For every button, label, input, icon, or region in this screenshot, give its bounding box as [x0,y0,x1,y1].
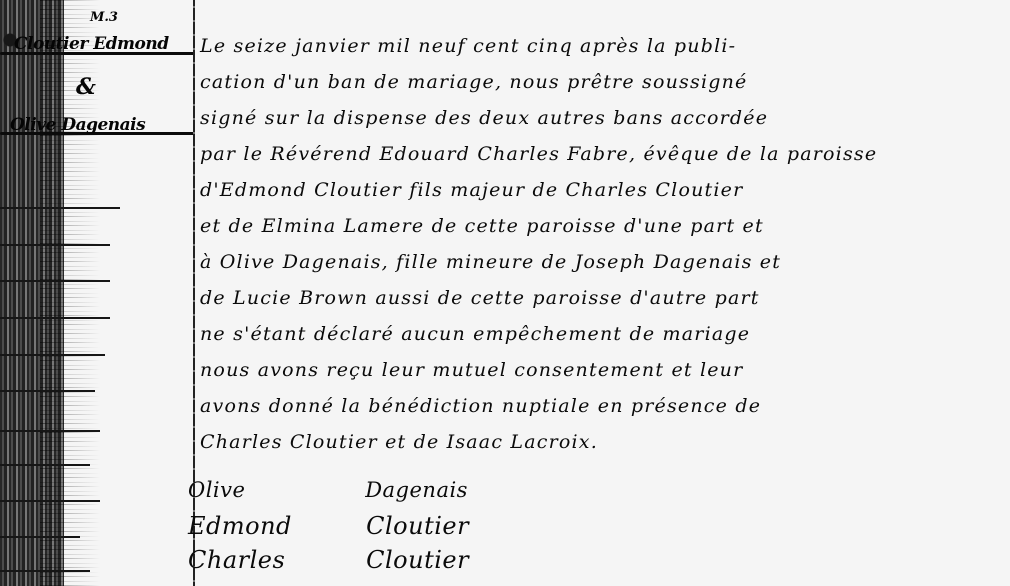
margin-ampersand: & [76,74,96,100]
signature-first-name: Edmond [188,512,358,540]
margin-bride-name: Olive Dagenais [10,115,145,135]
margin-rule [0,536,80,538]
signature-first-name: Charles [188,546,358,574]
entry-line: et de Elmina Lamere de cette paroisse d'… [200,208,990,244]
signature-last-name: Cloutier [366,512,469,540]
signature-first-name: Olive [188,478,358,502]
margin-rule [0,500,100,502]
signature-last-name: Dagenais [365,478,468,502]
margin-rule [0,317,110,319]
signature-bride: Olive Dagenais [188,478,469,512]
signature-last-name: Cloutier [366,546,469,574]
margin-rule [0,390,95,392]
margin-rule [0,207,120,209]
margin-rule [0,244,110,246]
marriage-entry-text: Le seize janvier mil neuf cent cinq aprè… [200,28,990,460]
entry-line: par le Révérend Edouard Charles Fabre, é… [200,136,990,172]
entry-line: signé sur la dispense des deux autres ba… [200,100,990,136]
entry-line: ne s'étant déclaré aucun empêchement de … [200,316,990,352]
entry-line: Le seize janvier mil neuf cent cinq aprè… [200,28,990,64]
margin-rule [0,280,110,282]
signature-block: Olive Dagenais Edmond Cloutier Charles C… [188,478,469,580]
margin-rule [0,570,90,572]
register-page: M.3 Cloutier Edmond & Olive Dagenais Le … [0,0,1010,586]
entry-line: cation d'un ban de mariage, nous prêtre … [200,64,990,100]
margin-rule [0,430,100,432]
entry-line: nous avons reçu leur mutuel consentement… [200,352,990,388]
margin-rule [0,464,90,466]
margin-groom-name: Cloutier Edmond [14,34,169,54]
signature-witness: Charles Cloutier [188,546,469,580]
entry-line: de Lucie Brown aussi de cette paroisse d… [200,280,990,316]
entry-number: M.3 [90,10,118,25]
entry-line: Charles Cloutier et de Isaac Lacroix. [200,424,990,460]
margin-rule [0,354,105,356]
entry-line: à Olive Dagenais, fille mineure de Josep… [200,244,990,280]
signature-groom: Edmond Cloutier [188,512,469,546]
entry-line: avons donné la bénédiction nuptiale en p… [200,388,990,424]
entry-line: d'Edmond Cloutier fils majeur de Charles… [200,172,990,208]
